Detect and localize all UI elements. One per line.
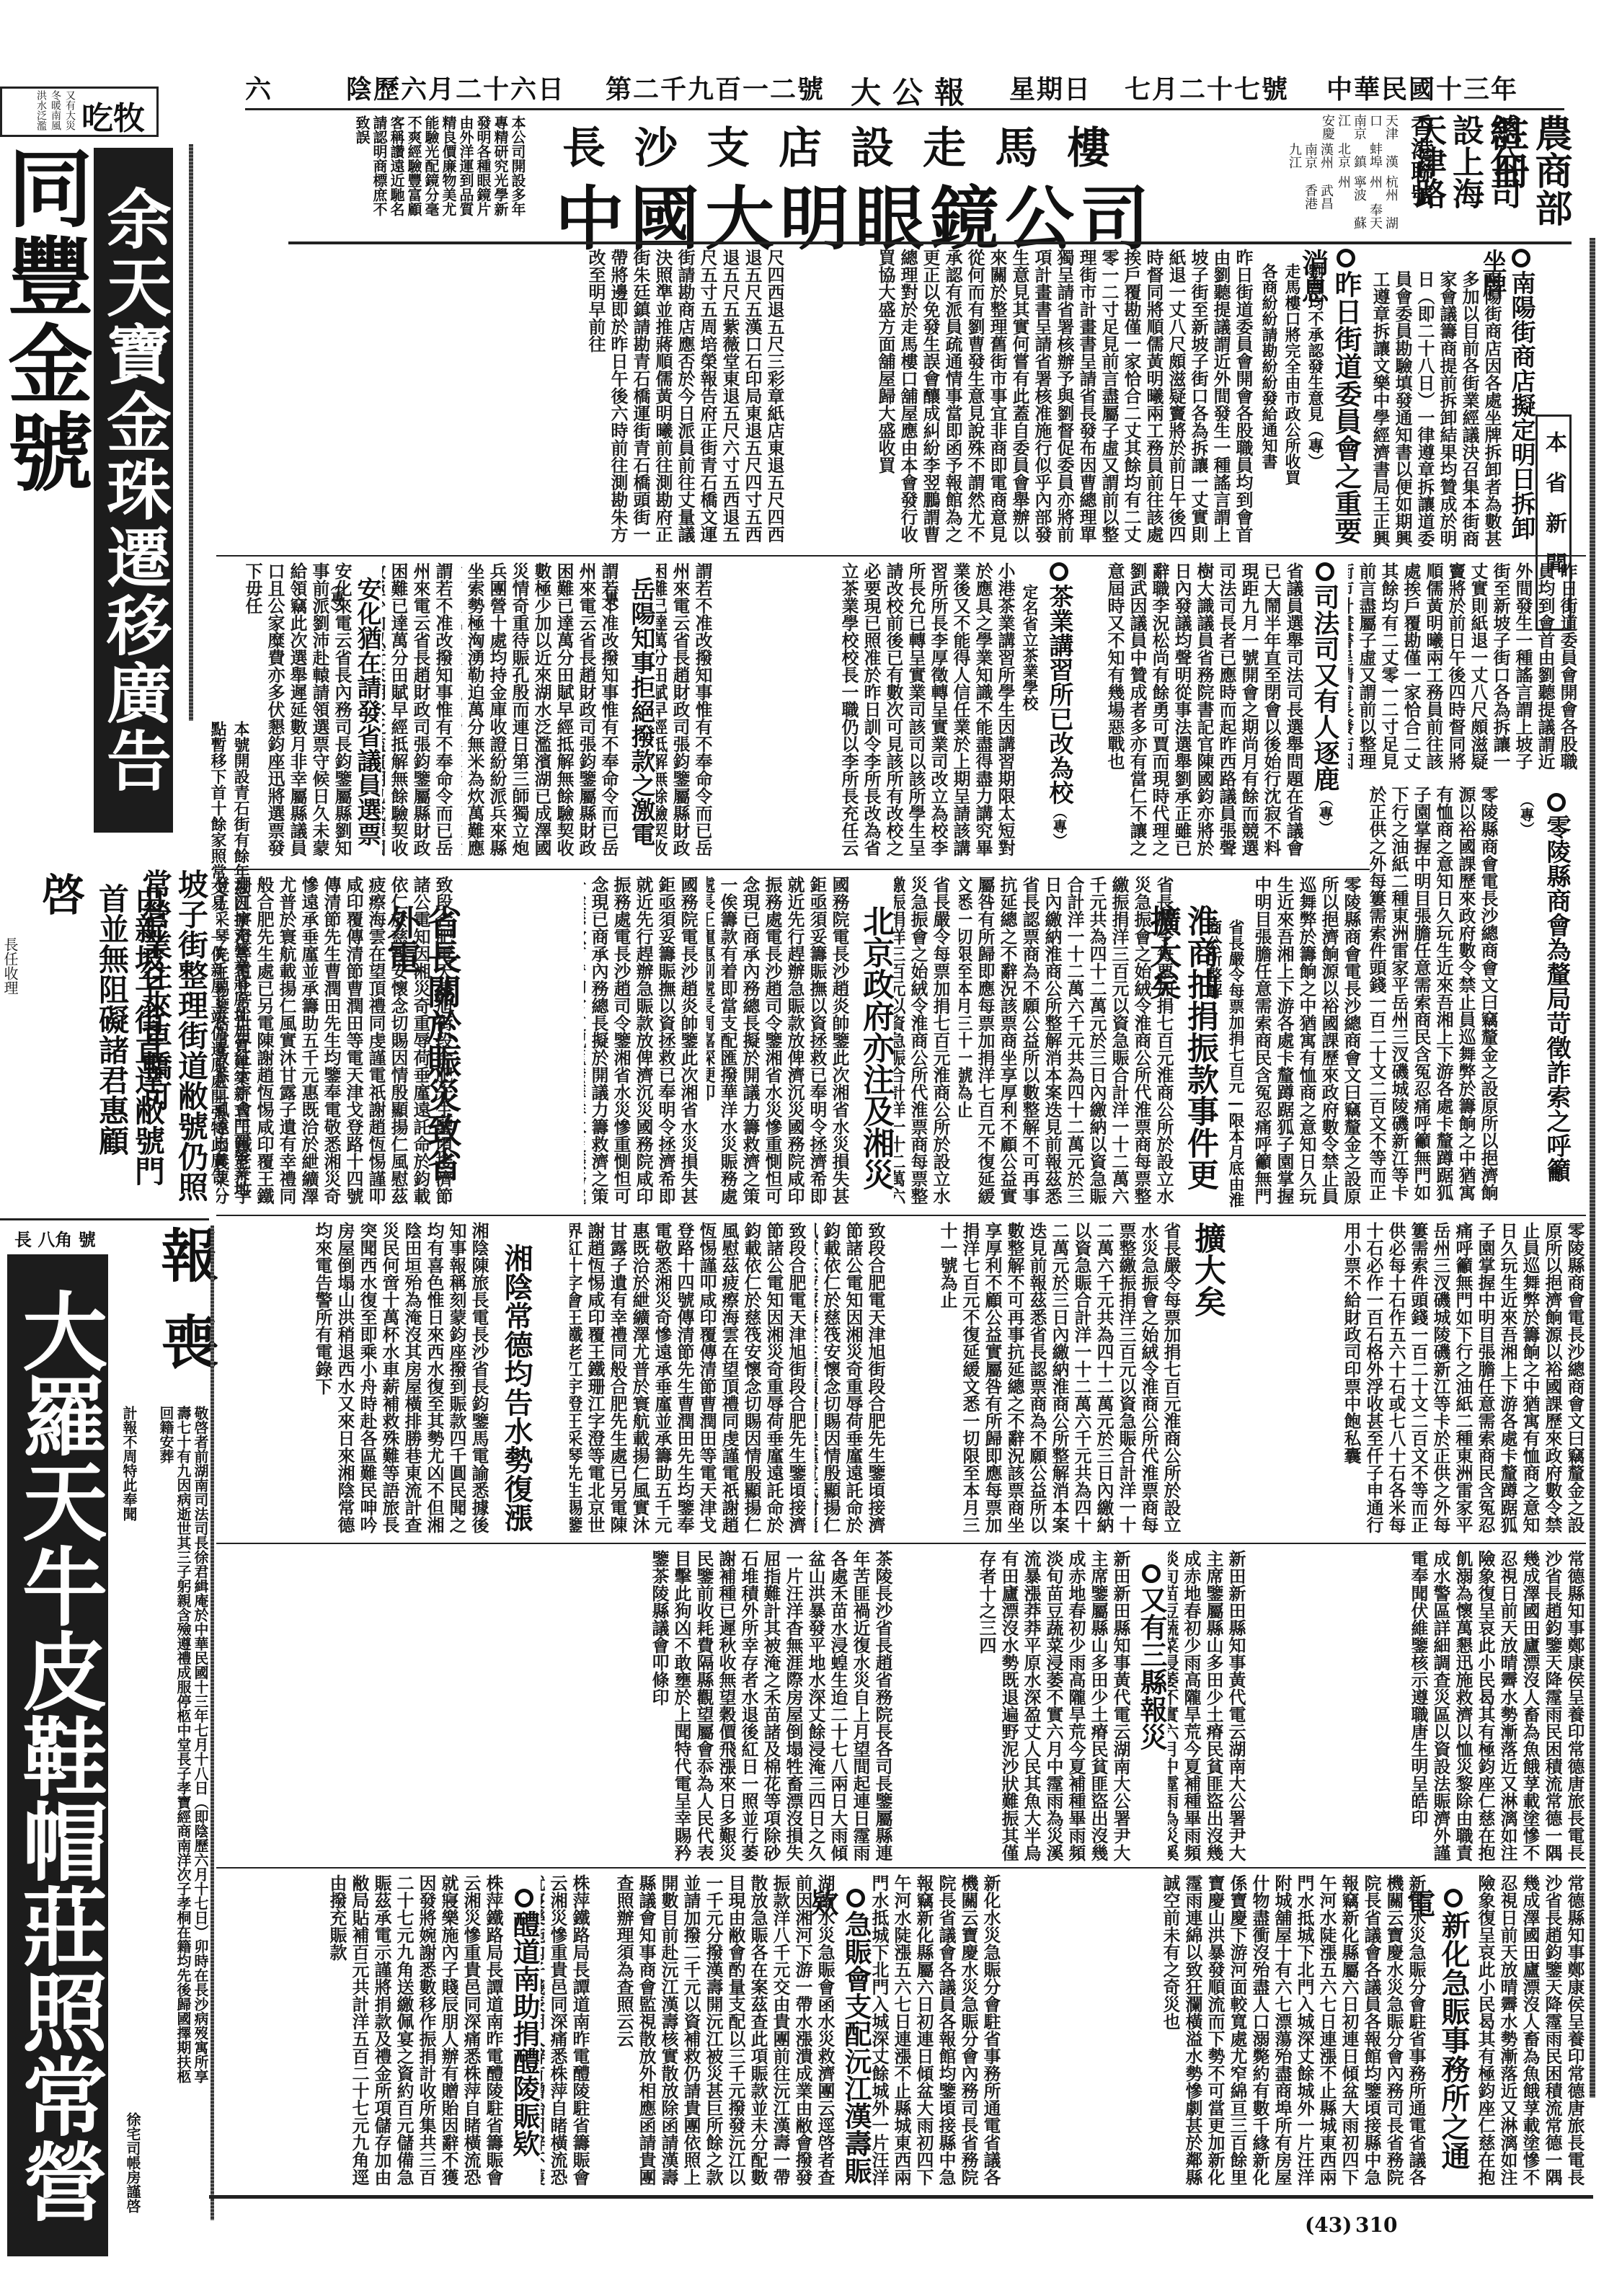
article-headline: 醴道南助捐醴陵賑欵 [508,1889,541,2191]
article-huai-merchants: 淮商抽捐振款事件更擴大矣 省長嚴令每票加捐七百元—限本月底由淮商公所整解 零陵縣… [959,876,1362,1207]
article-three-counties: 又有三縣報災 新田新田縣知事黃代電云湖南大公署尹大主席鑒屬縣山多田少土瘠民貧匪盜… [901,1550,1247,1867]
bottom-rule [209,2195,1593,2199]
article-body: 新化水災急賑分會駐省事務所通電省議各機關云寶慶水災急賑分會內務司長省務院院長省議… [1009,1874,1427,2191]
article-body: 昨日街道委員會開會各股職員均到會首由劉聽提議謂近外間發生一種謠言謂上坡子街至新坡… [793,249,1254,551]
obituary-body: 敬啓者前湖南司法司長徐君緝庵於中華民國十三年七月十八日（即陰歷六月十七日）卯時在… [137,1406,209,2091]
registration-branches-c: 漢州 武昌 南京 香港 九江 [1286,143,1334,229]
article-huai-cont: 擴大矣 省長嚴令每票加捐七百元淮商公所於設立水災急振會之始絨令淮商公所代淮票商每… [894,1222,1226,1539]
circle-bullet-icon [1444,1889,1463,1907]
article-xiangyin: 湘陰常德均告水勢復漲 致段合肥電天津旭街段合肥先生鑒頃接濟節諸公電知因湘災奇重辱… [216,1222,807,1539]
registration-ad: 農商部註冊 總公司設上海天津路 香港聯號 天津 漢口 蚌埠 南京 鎮江 北京 安… [1168,114,1572,236]
row1-rule [216,555,1586,557]
circle-bullet-icon [1050,562,1068,581]
article-body-cont: 謂若不准改撥知事惟有不奉命令而已岳州來電云省長趙財政司張鈞鑒屬縣財政困難已達萬分… [461,562,620,865]
ads-bottom-rule [288,241,1572,244]
circle-bullet-icon [1142,1564,1161,1583]
brand-mark-small: 長任收理 [0,937,21,995]
circle-bullet-icon [515,1889,533,1907]
article-body: 零陵縣商會電長沙總商會文曰竊釐金之設原所以挹濟餉源以裕國課歷來政府數令禁止員巡舞… [1370,786,1499,1211]
article-continuation: 尺四西退五尺三彩章紙店東退五尺四西退五尺五漢口石印局東退五尺四寸五西退五尺五紫薇… [231,249,786,551]
article-headline: 北京政府亦注及湘災 [856,905,894,1207]
article-headline: 茶業講習所已改為校（專） [1044,562,1074,865]
article-body: 謂若不准改撥知事惟有不奉命令而已岳州來電云省長趙財政司張鈞鑒屬縣財政困難已達萬分… [656,562,714,865]
article-emergency-relief: 急賑會支配沅江漢壽賑欵 新化水災急賑分會駐省事務所通電省議各機關云寶慶水災急賑分… [598,1874,1002,2191]
silver-shop-address-b: 由新坡子街直達敝號門首並無阻礙諸君惠顧 [94,883,166,1207]
article-yueyang: 岳陽知事拒絕撥款之激電（專） 謂若不准改撥知事惟有不奉命令而已岳州來電云省長趙財… [461,562,714,865]
shoe-headline: 大羅天牛皮鞋帽莊照常營業請 [7,1254,108,2256]
masthead-paper-name: 大公報 [851,69,976,112]
silver-shop-headline: 余天寶金珠遷移廣告 [94,148,173,833]
article-body: 省長嚴令每票加捐七百元淮商公所於設立水災急振會之始絨令淮商公所代淮票商每票整繳振… [894,876,952,1207]
article-tea-school: 茶業講習所已改為校（專） 定名省立茶業學校 小港茶業講習所學生因講習期限太短對於… [721,562,1074,865]
obituary-title-b: 喪 [144,1312,227,1370]
article-body: 安化來電云省長內務司長鈞鑒屬縣劉知事前派劉沛赴轅請領選票守候日久未蒙給領竊此次選… [216,562,353,865]
article-beijing-govt: 北京政府亦注及湘災 省長嚴令每票加捐七百元淮商公所於設立水災急振會之始絨令淮商公… [706,876,952,1207]
article-headline-tail: 擴大矣 [1188,1222,1226,1539]
article-headline: 又有三縣報災 [1135,1564,1168,1867]
masthead-lunar-date: 陰歷六月二十六日 [346,69,565,106]
registration-branches-b: 杭州 湖州 奉天 寧波 蘇州 [1335,175,1399,233]
article-body: 常德縣知事鄭康侯呈養印常德唐旅長電長沙省長趙鈞鑒天降霪雨民困積流常德一隅幾成澤國… [1478,1874,1586,2191]
circle-bullet-icon [1337,249,1355,267]
footer-page-number: 310 [1355,2213,1397,2237]
article-body: 新田新田縣知事黃代電云湖南大公署尹大主席鑒屬縣山多田少土瘠民貧匪盜出沒幾成赤地春… [1168,1550,1247,1867]
silver-shop-ad: 余天寶金珠遷移廣告 坡子街整理街道敝號仍照常營業往來車轎可 由新坡子街直達敝號門… [94,141,180,1207]
brand-mark-text: 同豐金號 [0,144,87,865]
article-chaling: 茶陵長沙省長趙省務院長各司長鑒屬縣連年苦匪禍近復水災自上月望間起連日霪雨各處禾苗… [216,1550,894,1867]
optical-description: 本公司開設多年專精研究光學新發明各種眼鏡片由外洋運到品質精良價廉物美尤能驗光配鏡… [288,115,526,223]
obituary-ad: 報 喪 敬啓者前湖南司法司長徐君緝庵於中華民國十三年七月十八日（即陰歷六月十七日… [115,1225,209,2292]
obituary-title-a: 報 [144,1225,227,1283]
article-justice-dept: 司法司又有人逐鹿（專） 省議員選舉司法司長選舉問題在省議會已大鬧半年直至閉會以後… [1081,562,1341,865]
circle-bullet-icon [1316,562,1334,581]
top-corner-label: 吃牧 [81,92,145,137]
article-body: 湘陰陳旅長電長沙省長鈞鑒馬電諭悉據後知事報稱刻蒙鈞座撥到賑款四千圓民聞之均有喜色… [216,1222,490,1539]
article-body: 湖南水災急賑會函水災救濟團云逕啓者查前因湘河下游一帶水漲潰成業由敝會撥發振款洋八… [598,1874,836,2191]
circle-bullet-icon [1512,249,1530,267]
brand-mark-ad: 同豐金號 啓 長任收理 [0,144,94,1211]
masthead-rule [245,108,1564,110]
article-lingling: 零陵縣商會為釐局苛徵詐索之呼籲（專） 零陵縣商會電長沙總商會文曰竊釐金之設原所以… [1370,779,1586,1211]
article-body: 新田新田縣知事黃代電云湖南大公署尹大主席鑒屬縣山多田少土瘠民貧匪盜出沒幾成赤地春… [901,1550,1132,1867]
left-ad-divider [189,144,193,721]
article-governor-telegrams: 省長關於賑災致省外電 國務院電長沙趙炎帥鑒此次湘省水災損失甚鉅亟須妥籌賑撫以資拯… [216,876,699,1207]
article-anhua: 安化猶在請發省議員選票（專） 安化來電云省長內務司長鈞鑒屬縣劉知事前派劉沛赴轅請… [216,562,454,865]
article-subtitle: 劉曹均不承認發生意見（專） [1304,263,1326,551]
article-body: 國務院電長沙趙炎帥鑒此次湘省水災損失甚鉅亟須妥籌賑撫以資拯救已奉明令拯濟希即就近… [584,876,699,1207]
obituary-signature: 徐宅司帳房謹啓 [123,2112,143,2256]
left-column-divider [210,1225,214,2220]
row4-rule [216,1543,1586,1544]
article-body: 零陵縣商會電長沙總商會文曰竊釐金之設原所以挹濟餉源以裕國課歷來政府數令禁止員巡舞… [1254,876,1362,1207]
article-xinhua: 新化急賑事務所之通電 常德縣知事鄭康侯呈養印常德唐旅長電長沙省長趙鈞鑒天降霪雨民… [1009,1874,1586,2191]
footer-page-ref: (43) [1305,2213,1352,2237]
article-body: 省長嚴令每票加捐七百元淮商公所於設立水災急振會之始絨令淮商公所代淮票商每票整繳振… [894,1222,1182,1539]
article-headline: 司法司又有人逐鹿（專） [1309,562,1341,865]
article-nanyang-street: 南陽街商店擬定明日拆卸坐牌 南陽街商店因各處坐牌拆卸者為數甚多加以目前各街業經議… [1370,249,1535,551]
masthead-weekday: 星期日 [1009,69,1091,106]
article-headline: 湘陰常德均告水勢復漲 [499,1244,533,1539]
article-body: 南陽街商店因各處坐牌拆卸者為數甚多加以目前各街業經議決召集本街商家會議籌商提前拆… [1370,270,1503,551]
article-subtitle: 各商紛紛請勘紛紛發給通知書 [1258,263,1280,551]
article-changde: 常德縣知事鄭康侯呈養印常德唐旅長電長沙省長趙鈞鑒天降霪雨民困積流常德一隅幾成澤國… [1254,1550,1586,1867]
article-headline: 零陵縣商會為釐局苛徵詐索之呼籲（專） [1511,793,1572,1211]
masthead-issue-number: 第二千九百一二號 [606,69,825,106]
circle-bullet-icon [846,1889,865,1907]
masthead-page-number: 六 [245,69,272,106]
article-body: 致段合肥電天津旭街段合肥先生鑒頃接濟節諸公電知因湘災奇重辱荷垂廑遠託命於鈞載依仁… [216,876,454,1207]
row5-rule [216,1867,1586,1869]
row3-rule [216,1215,1586,1216]
article-subtitle: 省長嚴令每票加捐七百元—限本月底由淮商公所整解 [1202,919,1247,1207]
article-subtitle: 定名省立茶業學校 [1019,584,1041,800]
top-corner-ad: 吃牧 又有大災冬暖南風洪水泛濫 [0,87,159,137]
brand-mark-suffix: 啓 [29,872,91,916]
registration-line3: 香港聯號 [1407,114,1435,236]
circle-bullet-icon [1547,793,1566,812]
article-body: 省長嚴令每票加捐七百元淮商公所於設立水災急振會之始絨令淮商公所代淮票商每票整繳振… [959,876,1175,1207]
article-street-committee: 昨日街道委員會之重要消息 劉曹均不承認發生意見（專） 走馬樓口將完全由市政公所收… [793,249,1362,551]
article-body-pre: 謂若不准改撥知事惟有不奉命令而已岳州來電云省長趙財政司張鈞鑒屬縣財政困難已達萬分… [382,562,454,865]
article-governor-cont: 致段合肥電天津旭街段合肥先生鑒頃接濟節諸公電知因湘災奇重辱荷垂廑遠託命於鈞載依仁… [815,1222,887,1539]
top-corner-text: 又有大災冬暖南風洪水泛濫 [5,90,77,135]
masthead-date: 七月二十七號 [1125,69,1289,106]
article-body: 國務院電長沙趙炎帥鑒此次湘省水災損失甚鉅亟須妥籌賑撫以資拯救已奉明令拯濟希即就近… [706,876,851,1207]
article-body: 株萍鐵路局長譚道南昨電醴陵駐省籌賑會云湘災慘重貴邑同深痛悉株萍自睹橫流恐就寢樂施… [216,1874,505,2191]
article-body: 致段合肥電天津旭街段合肥先生鑒頃接濟節諸公電知因湘災奇重辱荷垂廑遠託命於鈞載依仁… [570,1222,807,1539]
obituary-closing: 計報不周特此奉聞 [119,1406,140,1550]
article-body: 株萍鐵路局長譚道南昨電醴陵駐省籌賑會云湘災慘重貴邑同深痛悉株萍自睹橫流恐就寢樂施… [541,1874,591,2191]
optical-company-ad: 長沙支店設走馬樓 中國大明眼鏡公司 [533,114,1197,240]
shoe-ad: 長 八角 號 大羅天牛皮鞋帽莊照常營業請 [0,1225,115,2292]
right-frame [1590,238,1595,2098]
left-ad-bottom-rule [0,1218,209,1220]
shoe-price-note: 長 八角 號 [14,1225,96,1251]
article-body: 小港茶業講習所學生因講習期限太短對於應具之學業知識不能盡得盡力講究畢業後又不能得… [721,562,1016,865]
article-lingling-cont: 零陵縣商會電長沙總商會文曰竊釐金之設原所以挹濟餉源以裕國課歷來政府數令禁止員巡舞… [1233,1222,1586,1539]
article-liling-funds: 醴道南助捐醴陵賑欵 株萍鐵路局長譚道南昨電醴陵駐省籌賑會云湘災慘重貴邑同深痛悉株… [216,1874,591,2191]
article-body: 新化水災急賑分會駐省事務所通電省議各機關云寶慶水災急賑分會內務司長省務院院長省議… [872,1874,1002,2191]
article-measurements-cont: 昨日街道委員會開會各股職員均到會首由劉聽提議謂近外間發生一種謠言謂上坡子街至新坡… [1348,562,1579,771]
masthead-year: 中華民國十三年 [1326,69,1518,106]
article-body: 省議員選舉司法司長選舉問題在省議會已大鬧半年直至閉會以後始行沈寂不料現距九月一號… [1081,562,1305,865]
row2-rule [216,869,1370,870]
article-subtitle: 走馬樓口將完全由市政公所收買 [1281,263,1303,551]
